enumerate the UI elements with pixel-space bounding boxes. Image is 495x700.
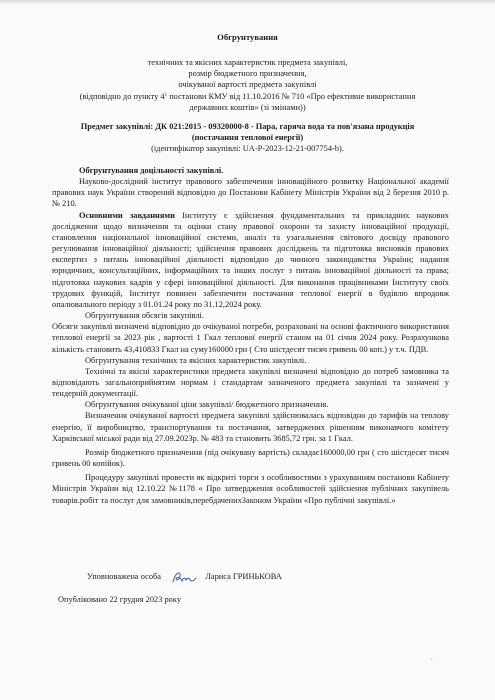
subtitle-reference-line2: державних коштів» (зі змінами)) [40, 102, 455, 113]
paragraph-text: Інституту є здійснення фундаментальних т… [52, 211, 449, 309]
subtitle-line: технічних та якісних характеристик предм… [40, 57, 455, 68]
procurement-subject: Предмет закупівлі: ДК 021:2015 - 0932000… [40, 121, 455, 155]
paragraph: Розмір бюджетного призначення (під очіку… [52, 447, 449, 469]
paragraph: Обсяги закупівлі визначені відповідно до… [52, 321, 449, 354]
document-page: Обгрунтування технічних та якісних харак… [0, 0, 495, 700]
signatory-role: Уповноважена особа [87, 572, 161, 581]
subtitle-ref-pre: (відповідно до пункту 4 [80, 92, 165, 101]
section-heading: Обгрунтування очікуваної ціни закупівлі/… [52, 399, 449, 410]
subtitle-line: розмір бюджетного призначення, [40, 68, 455, 79]
document-body: Обгрунтування доцільності закупівлі. Нау… [52, 165, 449, 506]
handwritten-signature-icon [171, 570, 197, 584]
published-date: Опубліковано 22 грудня 2023 року [58, 594, 181, 605]
bold-phrase: Основними завданнями [79, 211, 175, 220]
signature-block: Уповноважена особа Лариса ГРИНЬКОВА [87, 570, 282, 584]
paragraph: Технічні та якісні характеристики предме… [52, 366, 449, 399]
corner-mark: °·. [430, 656, 436, 667]
procurement-id: (ідентифікатор закупівлі: UA-P-2023-12-2… [40, 143, 455, 154]
subject-line: Предмет закупівлі: ДК 021:2015 - 0932000… [40, 121, 455, 132]
document-subtitle: технічних та якісних характеристик предм… [40, 57, 455, 113]
signatory-name: Лариса ГРИНЬКОВА [205, 572, 282, 581]
paragraph: Визначення очікуваної вартості предмета … [52, 410, 449, 443]
subtitle-line: очікуваної вартості предмета закупівлі [40, 79, 455, 90]
paragraph: Науково-дослідний інститут правового заб… [52, 176, 449, 209]
section-heading: Обгрунтування технічних та якісних харак… [52, 355, 449, 366]
paragraph: Основними завданнями Інституту є здійсне… [52, 210, 449, 310]
subject-line: (постачання теплової енергії) [40, 132, 455, 143]
paragraph: Процедуру закупівлі провести як відкриті… [52, 472, 449, 505]
subtitle-ref-post: постанови КМУ від 11.10.2016 № 710 «Про … [167, 92, 415, 101]
document-title: Обгрунтування [0, 32, 495, 43]
subtitle-reference: (відповідно до пункту 41 постанови КМУ в… [40, 91, 455, 102]
section-heading: Обгрунтування доцільності закупівлі. [52, 165, 449, 176]
section-heading: Обгрунтування обсягів закупівлі. [52, 310, 449, 321]
